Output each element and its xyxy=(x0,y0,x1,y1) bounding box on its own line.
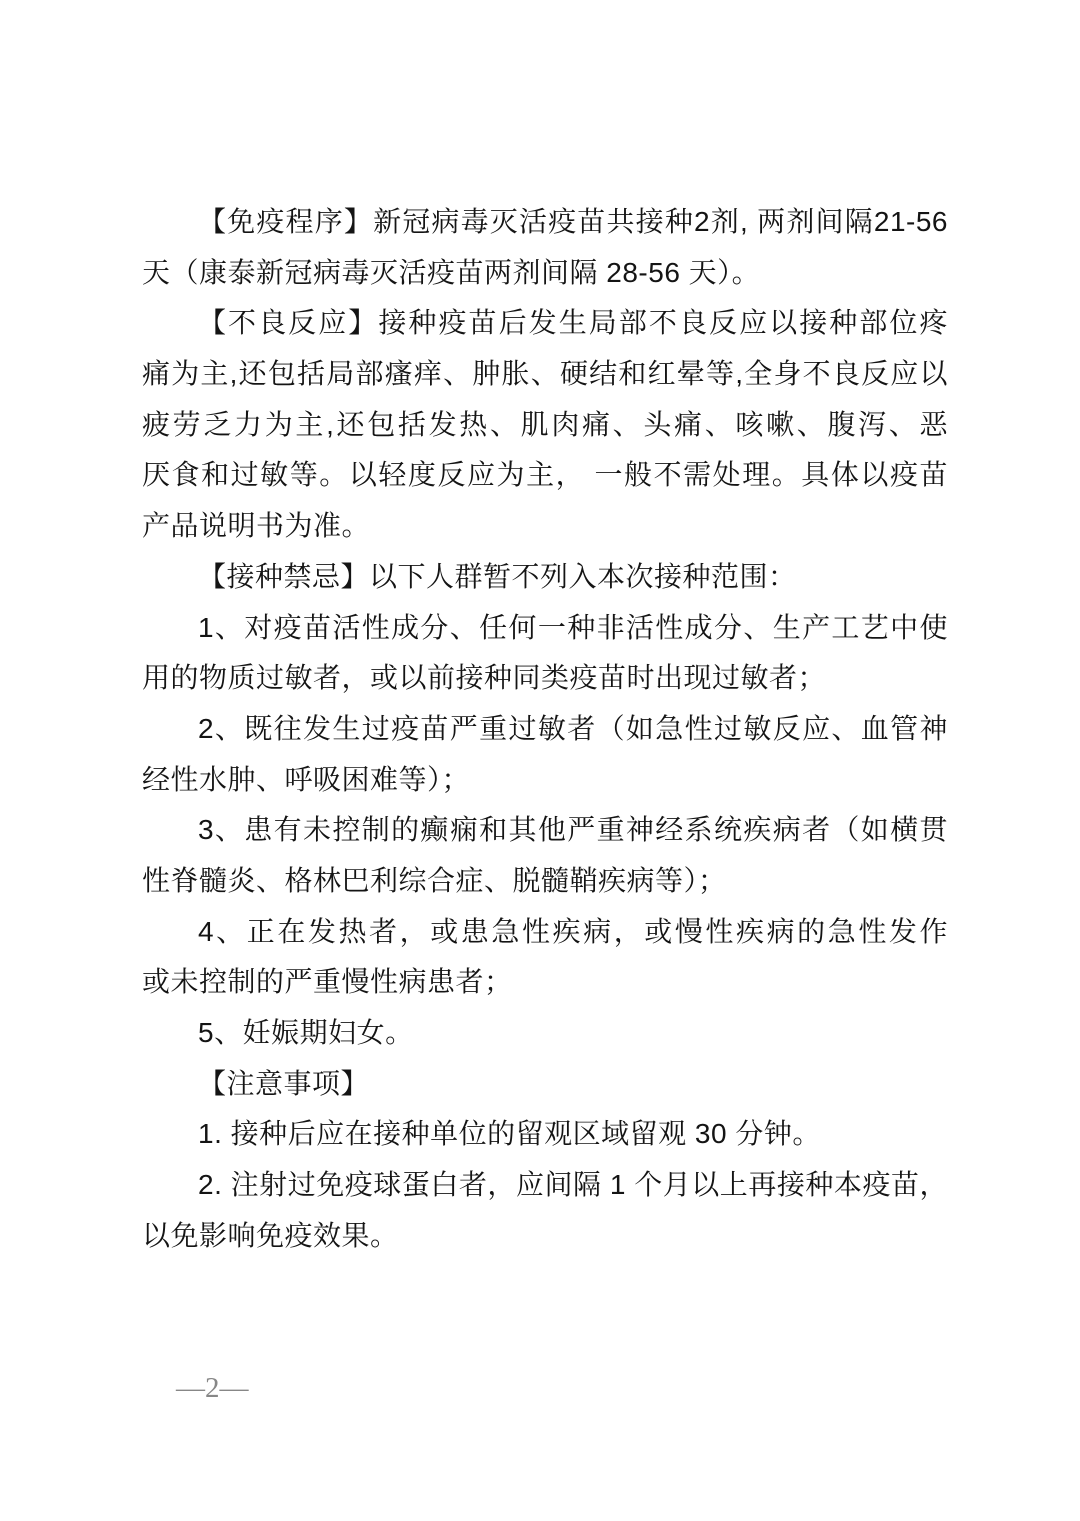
text-line: 5、妊娠期妇女。 xyxy=(142,1008,948,1059)
text-line: 以免影响免疫效果。 xyxy=(142,1211,948,1262)
text-line: 痛为主,还包括局部瘙痒、肿胀、硬结和红晕等,全身不良反应以 xyxy=(142,349,948,400)
text-line: 经性水肿、呼吸困难等）； xyxy=(142,755,948,806)
text-line: 或未控制的严重慢性病患者； xyxy=(142,957,948,1008)
text-line: 2、既往发生过疫苗严重过敏者（如急性过敏反应、血管神 xyxy=(142,704,948,755)
page-number: —2— xyxy=(176,1372,249,1404)
text-line: 用的物质过敏者，或以前接种同类疫苗时出现过敏者； xyxy=(142,653,948,704)
text-line: 厌食和过敏等。以轻度反应为主， 一般不需处理。具体以疫苗 xyxy=(142,450,948,501)
text-line: 【免疫程序】新冠病毒灭活疫苗共接种2剂, 两剂间隔21-56 xyxy=(142,197,948,248)
text-line: 疲劳乏力为主,还包括发热、肌肉痛、头痛、咳嗽、腹泻、恶心、 xyxy=(142,400,948,451)
text-line: 性脊髓炎、格林巴利综合症、脱髓鞘疾病等）； xyxy=(142,856,948,907)
text-line: 天（康泰新冠病毒灭活疫苗两剂间隔 28-56 天）。 xyxy=(142,248,948,299)
text-line: 产品说明书为准。 xyxy=(142,501,948,552)
document-page: 【免疫程序】新冠病毒灭活疫苗共接种2剂, 两剂间隔21-56天（康泰新冠病毒灭活… xyxy=(0,0,1080,1521)
text-line: 1、对疫苗活性成分、任何一种非活性成分、生产工艺中使 xyxy=(142,603,948,654)
document-body: 【免疫程序】新冠病毒灭活疫苗共接种2剂, 两剂间隔21-56天（康泰新冠病毒灭活… xyxy=(142,197,948,1261)
text-line: 4、正在发热者，或患急性疾病，或慢性疾病的急性发作期， xyxy=(142,907,948,958)
text-line: 2. 注射过免疫球蛋白者，应间隔 1 个月以上再接种本疫苗， xyxy=(142,1160,948,1211)
text-line: 【不良反应】接种疫苗后发生局部不良反应以接种部位疼 xyxy=(142,298,948,349)
text-line: 【接种禁忌】以下人群暂不列入本次接种范围： xyxy=(142,552,948,603)
text-line: 3、患有未控制的癫痫和其他严重神经系统疾病者（如横贯 xyxy=(142,805,948,856)
text-line: 【注意事项】 xyxy=(142,1059,948,1110)
text-line: 1. 接种后应在接种单位的留观区域留观 30 分钟。 xyxy=(142,1109,948,1160)
